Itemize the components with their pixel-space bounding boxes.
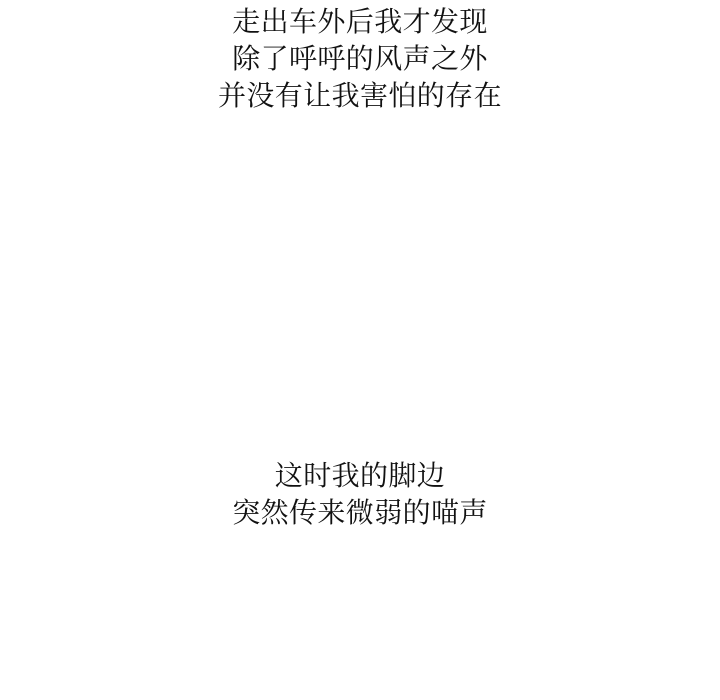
narration-line: 这时我的脚边	[0, 457, 720, 494]
narration-line: 走出车外后我才发现	[0, 3, 720, 40]
narration-line: 并没有让我害怕的存在	[0, 77, 720, 114]
narration-block-bottom: 这时我的脚边 突然传来微弱的喵声	[0, 457, 720, 531]
narration-line: 突然传来微弱的喵声	[0, 494, 720, 531]
narration-line: 除了呼呼的风声之外	[0, 40, 720, 77]
narration-block-top: 走出车外后我才发现 除了呼呼的风声之外 并没有让我害怕的存在	[0, 3, 720, 114]
comic-page: 走出车外后我才发现 除了呼呼的风声之外 并没有让我害怕的存在 这时我的脚边 突然…	[0, 0, 720, 700]
